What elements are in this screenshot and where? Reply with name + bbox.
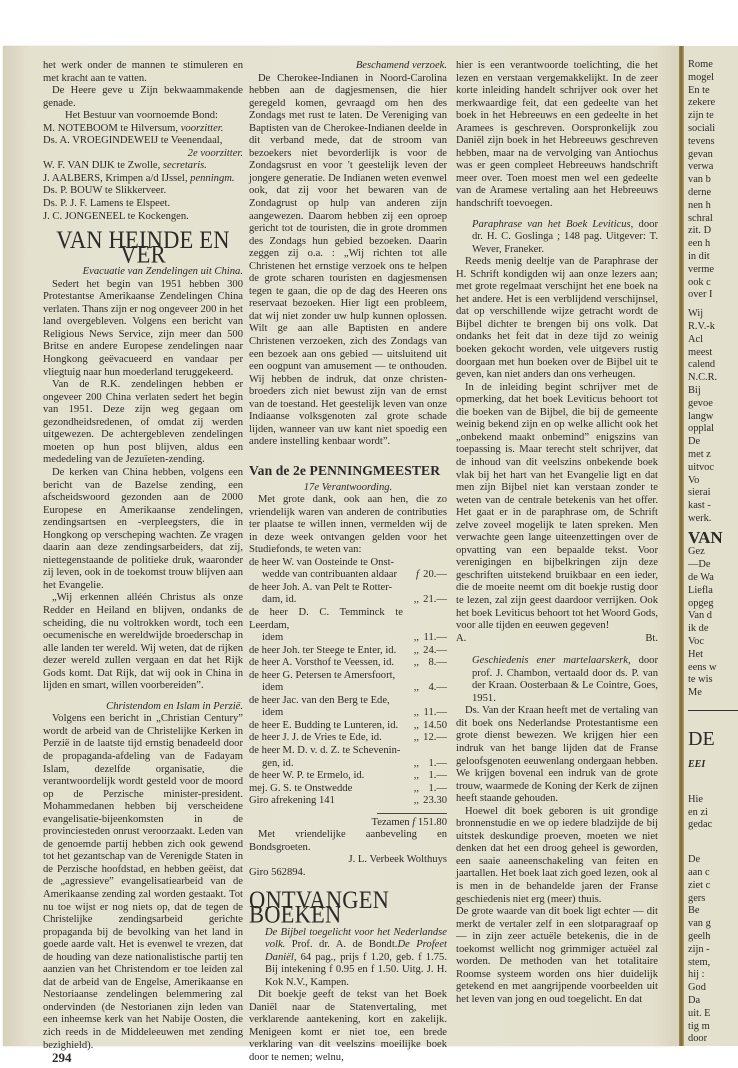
total-rule — [377, 813, 447, 814]
next-page-line: Van d — [688, 610, 738, 623]
next-page-line: zekere — [688, 97, 738, 110]
contribution-amount: ,,11.— — [403, 607, 447, 645]
contribution-amount: ,,21.— — [403, 582, 447, 607]
treasurer-heading: Van de 2e PENNINGMEESTER — [249, 465, 447, 478]
next-page-line: kast - — [688, 500, 738, 513]
book-review: Ds. Van der Kraan heeft met de vertaling… — [456, 705, 658, 805]
next-page-line: VAN — [688, 532, 738, 545]
next-page-line: gers — [688, 893, 738, 906]
next-page-line: nen h — [688, 200, 738, 213]
next-page-line: sierai — [688, 487, 738, 500]
contributions-table: de heer W. van Oosteinde te Onst-wedde v… — [249, 557, 447, 808]
next-page-line: mogel — [688, 72, 738, 85]
next-page-line: Bij — [688, 385, 738, 398]
book-review: In de inleiding begint schrijver met de … — [456, 382, 658, 633]
middle-column: Beschamend verzoek. De Cherokee-Indianen… — [249, 60, 447, 1065]
contribution-amount: ,,1.— — [403, 745, 447, 770]
next-page-line: opplal — [688, 423, 738, 436]
board-member: Ds. A. VROEGINDEWEIJ te Veenendaal, 2e v… — [43, 135, 243, 160]
next-page-line: Vo — [688, 475, 738, 488]
next-page-line: in dit — [688, 251, 738, 264]
contribution-row: de heer W. van Oosteinde te Onst-wedde v… — [249, 557, 447, 582]
book-review: Dit boekje geeft de tekst van het Boek D… — [249, 989, 447, 1064]
next-page-line: verwa — [688, 161, 738, 174]
next-page-line: Hie — [688, 794, 738, 807]
next-page-line: Me — [688, 687, 738, 700]
next-page-text: RomemogelEn tezekerezijn tesocialitevens… — [688, 59, 738, 1046]
board-member: Ds. P. BOUW te Slikkerveer. — [43, 185, 243, 198]
next-page-line: Het — [688, 649, 738, 662]
next-page-line: een h — [688, 238, 738, 251]
next-page-rule — [688, 710, 738, 711]
board-heading: Het Bestuur van voornoemde Bond: — [43, 110, 243, 123]
treasurer-subtitle: 17e Verantwoording. — [249, 482, 447, 495]
contribution-amount: ,,14.50 — [403, 720, 447, 733]
next-page-line: over I — [688, 289, 738, 302]
contribution-amount: ,,8.— — [403, 657, 447, 670]
next-page-line: tevens — [688, 136, 738, 149]
contribution-row: de heer G. Petersen te Amersfoort,idem,,… — [249, 670, 447, 695]
next-page-line: geelh — [688, 931, 738, 944]
book-review: Hoewel dit boek geboren is uit grondige … — [456, 806, 658, 906]
next-page-line: Da — [688, 995, 738, 1008]
article-subtitle: Evacuatie van Zendelingen uit China. — [43, 266, 243, 279]
next-page-line: calend — [688, 359, 738, 372]
next-page-line: verme — [688, 264, 738, 277]
next-page-line: sociali — [688, 123, 738, 136]
contribution-amount: f20.— — [403, 557, 447, 582]
article-paragraph: De kerken van China hebben, volgens een … — [43, 467, 243, 592]
next-page-line: Be — [688, 905, 738, 918]
next-page-line: De — [688, 854, 738, 867]
contribution-amount: ,,24.— — [403, 645, 447, 658]
book-entry-header: Geschiedenis ener martelaarskerk, door p… — [456, 655, 658, 705]
next-page-line: meest — [688, 347, 738, 360]
next-page-line: met z — [688, 449, 738, 462]
contribution-row: de heer J. J. de Vries te Ede, id.,,12.— — [249, 732, 447, 745]
next-page-line: ziet c — [688, 880, 738, 893]
next-page-line: van b — [688, 174, 738, 187]
board-member: M. NOTEBOOM te Hilversum, voorzitter. — [43, 123, 243, 136]
next-page-line: N.C.R. — [688, 372, 738, 385]
next-page-line: van g — [688, 918, 738, 931]
board-member: J. C. JONGENEEL te Kockengen. — [43, 211, 243, 224]
section-title: VAN HEINDE EN VER — [43, 234, 243, 262]
intro-paragraph: De Heere geve u Zijn bekwaammakende gena… — [43, 85, 243, 110]
contribution-amount: ,,1.— — [403, 770, 447, 783]
next-page-line: uitvoc — [688, 462, 738, 475]
contribution-row: de heer Jac. van den Berg te Ede,idem,,1… — [249, 695, 447, 720]
next-page-line: stem, — [688, 957, 738, 970]
next-page-line: zit. D — [688, 225, 738, 238]
article-paragraph: Sedert het begin van 1951 hebben 300 Pro… — [43, 279, 243, 379]
contribution-row: de heer Joh. A. van Pelt te Rotter-dam, … — [249, 582, 447, 607]
contribution-amount: ,,12.— — [403, 732, 447, 745]
book-entry-header: De Bijbel toegelicht voor het Nederlands… — [249, 927, 447, 990]
article-paragraph: De Cherokee-Indianen in Noord-Carolina h… — [249, 73, 447, 449]
treasurer-intro: Met grote dank, ook aan hen, die zo vrie… — [249, 494, 447, 557]
next-page-line: aan c — [688, 867, 738, 880]
next-page-line: zijn - — [688, 944, 738, 957]
next-page-line: Acl — [688, 334, 738, 347]
article-paragraph: Van de R.K. zendelingen hebben er ongeve… — [43, 379, 243, 467]
next-page-line: EEI — [688, 759, 738, 772]
contribution-row: de heer W. P. te Ermelo, id.,,1.— — [249, 770, 447, 783]
next-page-line: te wis — [688, 674, 738, 687]
contribution-amount: ,,11.— — [403, 695, 447, 720]
next-page-line: R.V.-k — [688, 321, 738, 334]
article-paragraph: Volgens een bericht in „Christian Centur… — [43, 713, 243, 1052]
next-page-line: —De — [688, 559, 738, 572]
contribution-amount: ,,1.— — [403, 783, 447, 796]
next-page-line: tig m — [688, 1021, 738, 1034]
next-page-line: gevan — [688, 149, 738, 162]
next-page-line: ik de — [688, 623, 738, 636]
article-subtitle: Beschamend verzoek. — [249, 60, 447, 73]
left-column: het werk onder de mannen te stimuleren e… — [43, 60, 243, 1065]
next-page-line: Wij — [688, 308, 738, 321]
next-page-line: langw — [688, 411, 738, 424]
next-page-line: DE — [688, 733, 738, 757]
contribution-row: de heer D. C. Temminck te Leerdam,idem,,… — [249, 607, 447, 645]
giro-number: Giro 562894. — [249, 867, 447, 880]
next-page-line: God — [688, 982, 738, 995]
spacer — [688, 832, 738, 854]
contribution-amount: ,,4.— — [403, 670, 447, 695]
article-subtitle: Christendom en Islam in Perzië. — [43, 701, 243, 714]
board-member: W. F. VAN DIJK te Zwolle, secretaris. — [43, 160, 243, 173]
page-number: 294 — [43, 1052, 243, 1065]
next-page-line: derne — [688, 187, 738, 200]
board-member: Ds. P. J. F. Lamens te Elspeet. — [43, 198, 243, 211]
contribution-row: mej. G. S. te Onstwedde,,1.— — [249, 783, 447, 796]
next-page-line: Voc — [688, 636, 738, 649]
contribution-row: de heer A. Vorsthof te Veessen, id.,,8.— — [249, 657, 447, 670]
contribution-row: de heer Joh. ter Steege te Enter, id.,,2… — [249, 645, 447, 658]
signature: J. L. Verbeek Wolthuys — [249, 854, 447, 867]
board-member: J. AALBERS, Krimpen a/d IJssel, penningm… — [43, 173, 243, 186]
next-page-line: Gez — [688, 546, 738, 559]
book-review-continued: hier is een verantwoorde toelichting, di… — [456, 60, 658, 211]
next-page-line: schral — [688, 213, 738, 226]
contribution-row: de heer E. Budding te Lunteren, id.,,14.… — [249, 720, 447, 733]
next-page-line: En te — [688, 85, 738, 98]
next-page-line: opgeg — [688, 598, 738, 611]
next-page-line: door — [688, 1033, 738, 1046]
total-line: Tezamen f 151.80 — [249, 817, 447, 830]
next-page-line: eens w — [688, 662, 738, 675]
book-entry-header: Paraphrase van het Boek Leviticus, door … — [456, 219, 658, 257]
contribution-row: Giro afrekening 141,,23.30 — [249, 795, 447, 808]
right-column: hier is een verantwoorde toelichting, di… — [456, 60, 658, 1006]
next-page-line: de Wa — [688, 572, 738, 585]
next-page-line: uit. E — [688, 1008, 738, 1021]
closing-greeting: Met vriendelijke aanbeveling en Bondsgro… — [249, 829, 447, 854]
book-review: De grote waarde van dit boek ligt echter… — [456, 906, 658, 1006]
next-page-line: zijn te — [688, 110, 738, 123]
next-page-line: ook c — [688, 277, 738, 290]
next-page-line: Rome — [688, 59, 738, 72]
next-page-line: De — [688, 436, 738, 449]
next-page-line: en zi — [688, 807, 738, 820]
next-page-line: Liefla — [688, 585, 738, 598]
next-page-line: hij : — [688, 969, 738, 982]
board-member-list: M. NOTEBOOM te Hilversum, voorzitter. Ds… — [43, 123, 243, 223]
article-paragraph: „Wij erkennen alléén Christus als onze R… — [43, 592, 243, 692]
next-page-line: werk. — [688, 513, 738, 526]
contribution-row: de heer M. D. v. d. Z. te Schevenin-gen,… — [249, 745, 447, 770]
next-page-edge: RomemogelEn tezekerezijn tesocialitevens… — [684, 46, 738, 1046]
contribution-amount: ,,23.30 — [403, 795, 447, 808]
books-section-title: ONTVANGEN BOEKEN — [249, 894, 447, 922]
intro-paragraph: het werk onder de mannen te stimuleren e… — [43, 60, 243, 85]
reviewer-signature: A. Bt. — [456, 633, 658, 646]
book-review: Reeds menig deeltje van de Paraphrase de… — [456, 256, 658, 381]
next-page-line: gevoe — [688, 398, 738, 411]
spacer — [688, 772, 738, 794]
next-page-line: gedac — [688, 819, 738, 832]
